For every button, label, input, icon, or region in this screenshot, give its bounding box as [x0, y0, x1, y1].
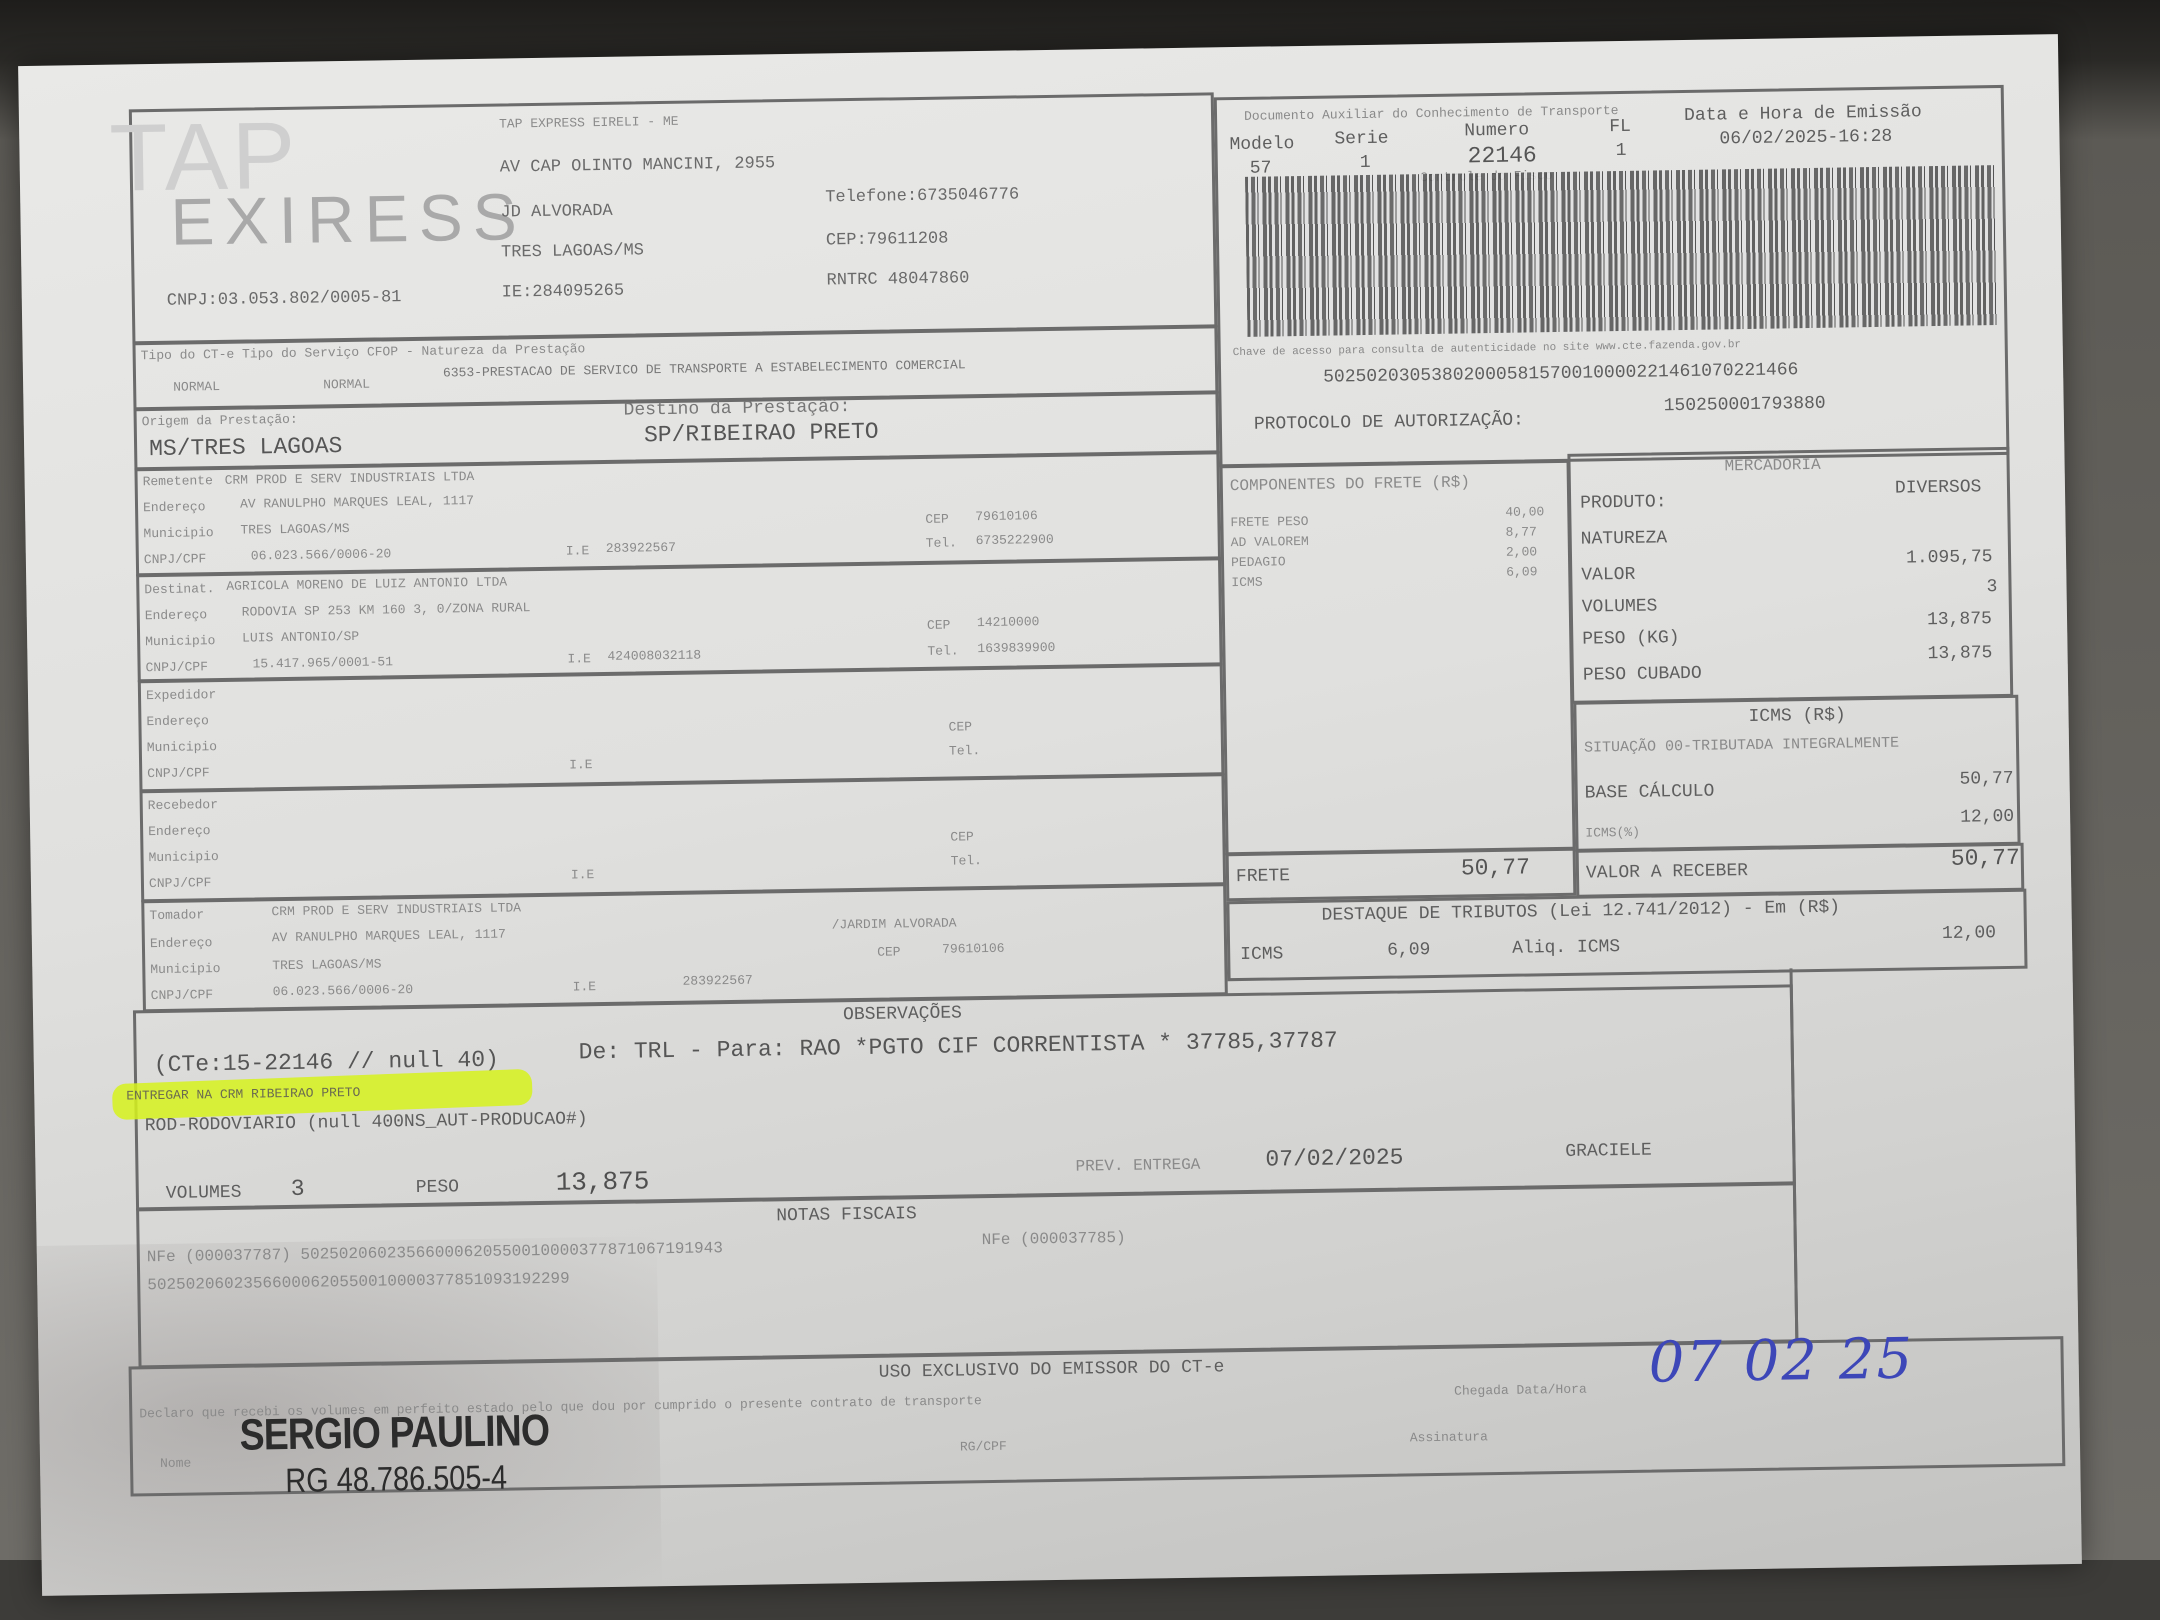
- tipo-servico: NORMAL: [323, 377, 370, 393]
- emitter-ie: IE:284095265: [502, 282, 625, 303]
- tributos-aliq-value: 12,00: [1942, 923, 1996, 944]
- destinatario-cep-label: CEP: [927, 618, 951, 633]
- obs-volumes-label: VOLUMES: [166, 1183, 242, 1204]
- frete-total-value: 50,77: [1461, 854, 1530, 881]
- destinatario-tel: 1639839900: [977, 640, 1055, 656]
- logo-express: EXIRESS: [170, 178, 527, 260]
- recebedor-cep-label: CEP: [950, 829, 974, 844]
- icms-aliq-label: ICMS(%): [1585, 825, 1640, 841]
- emitter-phone: Telefone:6735046776: [825, 185, 1019, 207]
- fl-label: FL: [1609, 117, 1631, 137]
- expedidor-ie-label: I.E: [569, 757, 593, 772]
- emitter-district: JD ALVORADA: [500, 202, 613, 223]
- tomador-label: Tomador: [149, 907, 204, 923]
- emitter-rntrc: RNTRC 48047860: [826, 269, 969, 290]
- volumes-label: VOLUMES: [1582, 596, 1658, 617]
- tributos-icms-label: ICMS: [1240, 944, 1284, 965]
- tributos-aliq-label: Aliq. ICMS: [1512, 937, 1620, 959]
- destinatario-ie-label: I.E: [567, 651, 591, 666]
- recebedor-municipio-label: Municipio: [148, 849, 218, 865]
- peso-cubado-value: 13,875: [1927, 643, 1992, 664]
- obs-peso-label: PESO: [416, 1177, 460, 1198]
- frete-items: [18, 34, 2058, 66]
- emissao-value: 06/02/2025-16:28: [1719, 127, 1892, 150]
- remetente-cnpj-label: CNPJ/CPF: [144, 551, 207, 567]
- nfe-line1b: NFe (000037785): [982, 1229, 1126, 1249]
- observacoes-title: OBSERVAÇÕES: [843, 1003, 962, 1025]
- expedidor-cep-label: CEP: [948, 719, 972, 734]
- icms-title: ICMS (R$): [1748, 705, 1846, 727]
- emitter-name: TAP EXPRESS EIRELI - ME: [499, 114, 679, 132]
- remetente-tel: 6735222900: [976, 532, 1054, 548]
- destinatario-cep: 14210000: [977, 614, 1040, 630]
- emissao-label: Data e Hora de Emissão: [1684, 102, 1922, 126]
- origem-value: MS/TRES LAGOAS: [149, 433, 343, 462]
- recebedor-box: [139, 773, 1226, 902]
- assinatura-label: Assinatura: [1410, 1429, 1488, 1445]
- notas-title: NOTAS FISCAIS: [776, 1204, 917, 1226]
- tomador-city: TRES LAGOAS/MS: [272, 957, 381, 974]
- frete-item-value: 2,00: [1506, 544, 1537, 559]
- tipo-cte: NORMAL: [173, 379, 220, 395]
- produto-label: PRODUTO:: [1580, 492, 1667, 513]
- tomador-cep-label: CEP: [877, 944, 901, 959]
- destinatario-cnpj-label: CNPJ/CPF: [145, 659, 208, 675]
- valor-receber-label: VALOR A RECEBER: [1586, 861, 1748, 884]
- recebedor-endereco-label: Endereço: [148, 823, 211, 839]
- recebedor-ie-label: I.E: [571, 867, 595, 882]
- dacte-document: TAP EXIRESS TAP EXPRESS EIRELI - ME AV C…: [18, 34, 2082, 1596]
- destinatario-endereco-label: Endereço: [145, 607, 208, 623]
- remetente-municipio-label: Municipio: [143, 525, 213, 541]
- numero-label: Numero: [1464, 120, 1529, 141]
- stamp-rg: RG 48.786.505-4: [285, 1459, 507, 1501]
- stamp-name: SERGIO PAULINO: [239, 1406, 549, 1461]
- tomador-endereco-label: Endereço: [150, 935, 213, 951]
- recebedor-tel-label: Tel.: [951, 853, 982, 868]
- expedidor-label: Expedidor: [146, 687, 216, 703]
- frete-item-label: ICMS: [1231, 575, 1262, 590]
- frete-total-label: FRETE: [1236, 866, 1290, 887]
- destinatario-municipio-label: Municipio: [145, 633, 215, 649]
- protocolo-value: 150250001793880: [1663, 394, 1825, 417]
- frete-title: COMPONENTES DO FRETE (R$): [1230, 473, 1470, 495]
- expedidor-box: [138, 663, 1225, 792]
- emitter-cep: CEP:79611208: [826, 230, 949, 251]
- rg-cpf-label: RG/CPF: [960, 1439, 1007, 1455]
- obs-peso-value: 13,875: [555, 1166, 649, 1197]
- icms-aliq-value: 12,00: [1960, 807, 2014, 828]
- tributos-icms-value: 6,09: [1387, 940, 1431, 961]
- prev-entrega-value: 07/02/2025: [1265, 1144, 1403, 1172]
- emitter-city: TRES LAGOAS/MS: [501, 241, 644, 262]
- serie-value: 1: [1360, 153, 1371, 173]
- remetente-endereco-label: Endereço: [143, 499, 206, 515]
- remetente-city: TRES LAGOAS/MS: [240, 521, 349, 538]
- valor-value: 1.095,75: [1906, 547, 1993, 568]
- emitter-cnpj: CNPJ:03.053.802/0005-81: [167, 288, 402, 311]
- remetente-cep-label: CEP: [925, 512, 949, 527]
- remetente-cnpj: 06.023.566/0006-20: [251, 546, 392, 563]
- tomador-ie-label: I.E: [573, 979, 597, 994]
- handwritten-date: 07 02 25: [1648, 1326, 1914, 1395]
- destino-label: Destino da Prestação:: [623, 397, 850, 421]
- numero-value: 22146: [1468, 142, 1537, 169]
- remetente-ie: 283922567: [606, 540, 676, 556]
- destino-value: SP/RIBEIRAO PRETO: [644, 419, 879, 449]
- peso-cubado-label: PESO CUBADO: [1583, 664, 1702, 686]
- volumes-value: 3: [1986, 577, 1997, 597]
- remetente-label: Remetente: [143, 473, 213, 489]
- origem-label: Origem da Prestação:: [142, 412, 298, 429]
- frete-item-value: 6,09: [1506, 564, 1537, 579]
- tomador-district: /JARDIM ALVORADA: [832, 915, 957, 932]
- tomador-cep: 79610106: [942, 941, 1005, 957]
- destinatario-cnpj: 15.417.965/0001-51: [252, 654, 393, 671]
- destinatario-ie: 424008032118: [607, 647, 701, 663]
- destinatario-tel-label: Tel.: [927, 643, 958, 658]
- chegada-label: Chegada Data/Hora: [1454, 1382, 1587, 1399]
- tomador-cnpj-label: CNPJ/CPF: [151, 987, 214, 1003]
- serie-label: Serie: [1334, 129, 1388, 150]
- frete-item-label: AD VALOREM: [1231, 534, 1309, 550]
- expedidor-endereco-label: Endereço: [146, 713, 209, 729]
- produto-value: DIVERSOS: [1895, 477, 1982, 498]
- recebedor-cnpj-label: CNPJ/CPF: [149, 875, 212, 891]
- base-calculo-value: 50,77: [1959, 769, 2013, 790]
- protocolo-label: PROTOCOLO DE AUTORIZAÇÃO:: [1254, 411, 1524, 435]
- destinatario-city: LUIS ANTONIO/SP: [242, 629, 359, 646]
- barcode: [1245, 165, 1997, 337]
- frete-item-label: FRETE PESO: [1230, 514, 1308, 530]
- tomador-cnpj: 06.023.566/0006-20: [273, 982, 414, 999]
- peso-label: PESO (KG): [1582, 628, 1680, 650]
- tomador-ie: 283922567: [682, 973, 752, 989]
- mercadoria-title: MERCADORIA: [1724, 456, 1820, 476]
- remetente-tel-label: Tel.: [926, 535, 957, 550]
- valor-receber-value: 50,77: [1951, 845, 2020, 872]
- operator-name: GRACIELE: [1565, 1141, 1652, 1162]
- remetente-cep: 79610106: [975, 508, 1038, 524]
- frete-item-value: 8,77: [1505, 524, 1536, 539]
- expedidor-municipio-label: Municipio: [147, 739, 217, 755]
- natureza-label: NATUREZA: [1581, 528, 1668, 549]
- prev-entrega-label: PREV. ENTREGA: [1075, 1156, 1200, 1176]
- peso-value: 13,875: [1927, 609, 1992, 630]
- nome-label: Nome: [160, 1456, 191, 1471]
- valor-label: VALOR: [1581, 565, 1635, 586]
- expedidor-cnpj-label: CNPJ/CPF: [147, 765, 210, 781]
- recebedor-label: Recebedor: [148, 797, 218, 813]
- modelo-label: Modelo: [1229, 134, 1294, 155]
- frete-item-label: PEDAGIO: [1231, 554, 1286, 570]
- destinatario-label: Destinat.: [144, 581, 214, 597]
- remetente-ie-label: I.E: [566, 543, 590, 558]
- expedidor-tel-label: Tel.: [949, 743, 980, 758]
- tomador-municipio-label: Municipio: [150, 961, 220, 977]
- obs-volumes-value: 3: [291, 1176, 305, 1202]
- fl-value: 1: [1615, 141, 1626, 161]
- base-calculo-label: BASE CÁLCULO: [1585, 782, 1715, 804]
- frete-item-value: 40,00: [1505, 504, 1544, 520]
